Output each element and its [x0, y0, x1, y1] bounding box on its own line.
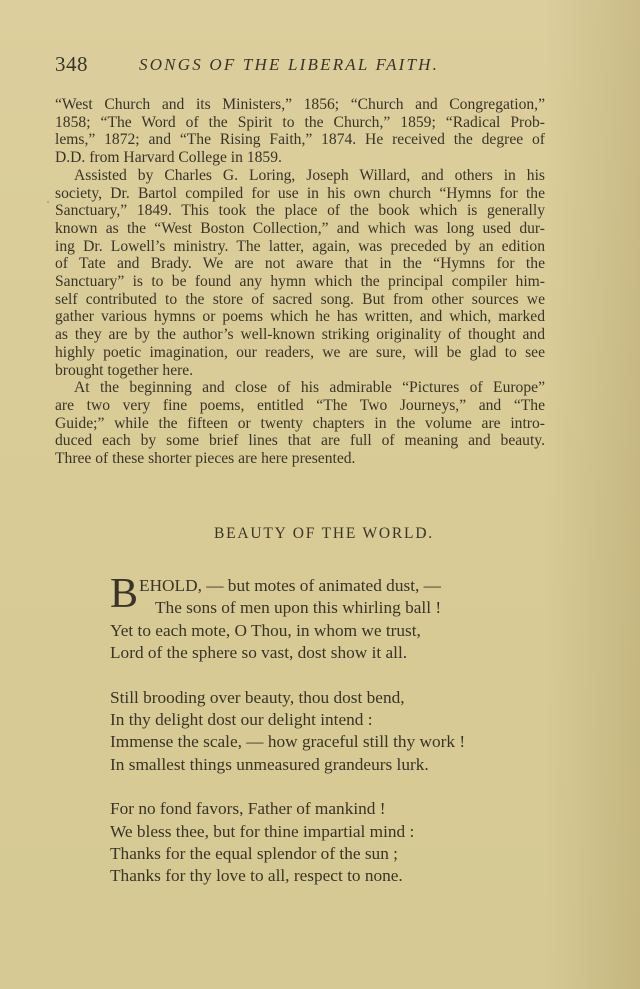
page-number: 348	[55, 52, 88, 77]
verse-line: In smallest things unmeasured grandeurs …	[110, 754, 550, 776]
verse-line: The sons of men upon this whirling ball …	[110, 597, 550, 619]
text-line: Guide;” while the fifteen or twenty chap…	[55, 415, 545, 433]
poem-title-text: BEAUTY OF THE WORLD.	[214, 525, 434, 543]
verse-line-text: EHOLD, — but motes of animated dust, —	[139, 576, 441, 595]
text-line: gather various hymns or poems which he h…	[55, 308, 545, 326]
text-line: are two very fine poems, entitled “The T…	[55, 397, 545, 415]
stanza-3: For no fond favors, Father of mankind ! …	[110, 798, 550, 888]
verse-line: BEHOLD, — but motes of animated dust, —	[110, 575, 550, 597]
text-line: Three of these shorter pieces are here p…	[55, 450, 545, 468]
running-head: 348 SONGS OF THE LIBERAL FAITH.	[55, 52, 575, 78]
text-line: as they are by the author’s well-known s…	[55, 326, 545, 344]
poem-title: BEAUTY OF THE WORLD.	[0, 525, 600, 543]
text-line: Sanctuary,” 1849. This took the place of…	[55, 202, 545, 220]
text-line: Assisted by Charles G. Loring, Joseph Wi…	[55, 167, 545, 185]
text-line: known as the “West Boston Collection,” a…	[55, 220, 545, 238]
text-line: 1858; “The Word of the Spirit to the Chu…	[55, 114, 545, 132]
text-line: lems,” 1872; and “The Rising Faith,” 187…	[55, 131, 545, 149]
text-line: self contributed to the store of sacred …	[55, 291, 545, 309]
paper-speck	[423, 533, 426, 536]
verse-line: We bless thee, but for thine impartial m…	[110, 821, 550, 843]
verse-line: Yet to each mote, O Thou, in whom we tru…	[110, 620, 550, 642]
verse-line: Lord of the sphere so vast, dost show it…	[110, 642, 550, 664]
paper-speck	[47, 201, 49, 203]
text-line: D.D. from Harvard College in 1859.	[55, 149, 545, 167]
prose-section: “West Church and its Ministers,” 1856; “…	[55, 96, 545, 468]
paragraph-1: “West Church and its Ministers,” 1856; “…	[55, 96, 545, 167]
book-page: 348 SONGS OF THE LIBERAL FAITH. “West Ch…	[0, 0, 640, 989]
text-line: of Tate and Brady. We are not aware that…	[55, 255, 545, 273]
verse-line: Immense the scale, — how graceful still …	[110, 731, 550, 753]
poem: BEHOLD, — but motes of animated dust, — …	[110, 575, 550, 910]
drop-cap: B	[110, 578, 138, 610]
text-line: Sanctuary” is to be found any hymn which…	[55, 273, 545, 291]
text-line: “West Church and its Ministers,” 1856; “…	[55, 96, 545, 114]
text-line: At the beginning and close of his admira…	[55, 379, 545, 397]
verse-line: Still brooding over beauty, thou dost be…	[110, 687, 550, 709]
verse-line: Thanks for thy love to all, respect to n…	[110, 865, 550, 887]
verse-line: In thy delight dost our delight intend :	[110, 709, 550, 731]
text-line: brought together here.	[55, 362, 545, 380]
text-line: ing Dr. Lowell’s ministry. The latter, a…	[55, 238, 545, 256]
text-line: society, Dr. Bartol compiled for use in …	[55, 185, 545, 203]
paragraph-2: Assisted by Charles G. Loring, Joseph Wi…	[55, 167, 545, 379]
stanza-1: BEHOLD, — but motes of animated dust, — …	[110, 575, 550, 665]
verse-line: Thanks for the equal splendor of the sun…	[110, 843, 550, 865]
running-title: SONGS OF THE LIBERAL FAITH.	[139, 55, 439, 75]
stanza-2: Still brooding over beauty, thou dost be…	[110, 687, 550, 777]
verse-line: For no fond favors, Father of mankind !	[110, 798, 550, 820]
paragraph-3: At the beginning and close of his admira…	[55, 379, 545, 468]
text-line: duced each by some brief lines that are …	[55, 432, 545, 450]
text-line: highly poetic imagination, our readers, …	[55, 344, 545, 362]
